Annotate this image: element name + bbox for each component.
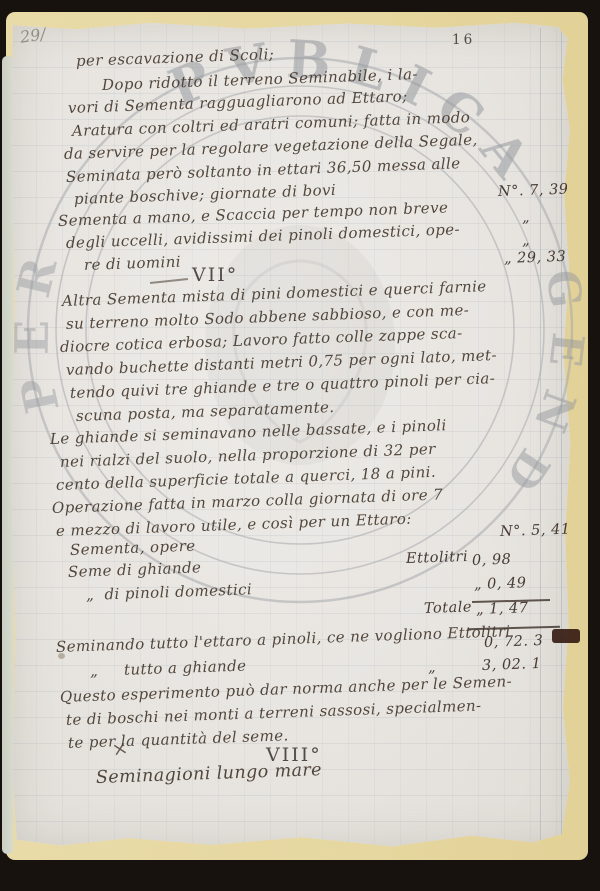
prior-page-edge [2,56,13,854]
folio-number-pencil: 29/ [19,24,47,46]
amount-value: N°. 7, 39 [498,182,569,200]
amount-value: „ 1, 47 [476,600,529,618]
printed-page-number: 16 [452,32,475,48]
scanned-manuscript-scene: PVBLICA GEND PER 29/ 16 per escavazione … [0,0,600,891]
amount-column-rule [561,28,562,842]
amount-value: „ 0, 49 [474,575,527,593]
column-label-ettolitri: Ettolitri [406,549,469,567]
section-heading-vii: VII° [192,264,238,286]
amount-value: „ 29, 33 [504,249,567,267]
ink-blot [552,629,580,643]
amount-ditto: „ [428,660,437,676]
amount-value: 0, 72. 3 [484,633,544,651]
column-label-totale: Totale [424,599,472,617]
amount-value: 3, 02. 1 [482,656,542,674]
amount-value: 0, 98 [472,552,512,569]
amount-ditto: „ [522,210,531,226]
manuscript-line: re di uomini [84,253,182,274]
amount-value: N°. 5, 41 [500,522,571,540]
amount-column-rule [540,28,541,842]
amount-ditto: „ [522,233,531,249]
